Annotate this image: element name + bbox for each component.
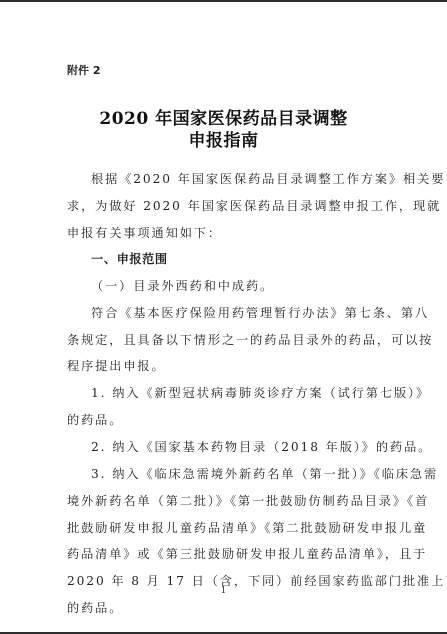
body-line: 申报有关事项通知如下：	[67, 223, 379, 243]
document-page: 附件 2 2020 年国家医保药品目录调整 申报指南 根据《2020 年国家医保…	[0, 0, 447, 634]
body-line: 的药品。	[67, 410, 379, 430]
body-line: 根据《2020 年国家医保药品目录调整工作方案》相关要	[91, 169, 379, 189]
attachment-label: 附件 2	[67, 62, 100, 78]
body-line: 3. 纳入《临床急需境外新药名单（第一批）》《临床急需	[91, 464, 379, 484]
body-line: 境外新药名单（第二批）》《第一批鼓励仿制药品目录》《首	[67, 491, 379, 511]
section-heading: 一、申报范围	[91, 249, 379, 269]
body-line: 1. 纳入《新型冠状病毒肺炎诊疗方案（试行第七版）》	[91, 383, 379, 403]
body-line: 符合《基本医疗保险用药管理暂行办法》第七条、第八	[91, 303, 379, 323]
body-line: 批鼓励研发申报儿童药品清单》《第二批鼓励研发申报儿童	[67, 518, 379, 538]
body-line: 条规定，且具备以下情形之一的药品目录外的药品，可以按	[67, 330, 379, 350]
body-line: （一）目录外西药和中成药。	[91, 276, 379, 296]
body-line: 药品清单》或《第三批鼓励研发申报儿童药品清单》，且于	[67, 544, 379, 564]
page-number: 1	[0, 586, 447, 596]
body-line: 程序提出申报。	[67, 356, 379, 376]
body-line: 的药品。	[67, 598, 379, 618]
body-line: 2. 纳入《国家基本药物目录（2018 年版）》的药品。	[91, 437, 379, 457]
document-title-line-2: 申报指南	[0, 126, 447, 151]
body-line: 求，为做好 2020 年国家医保药品目录调整申报工作，现就	[67, 196, 379, 216]
